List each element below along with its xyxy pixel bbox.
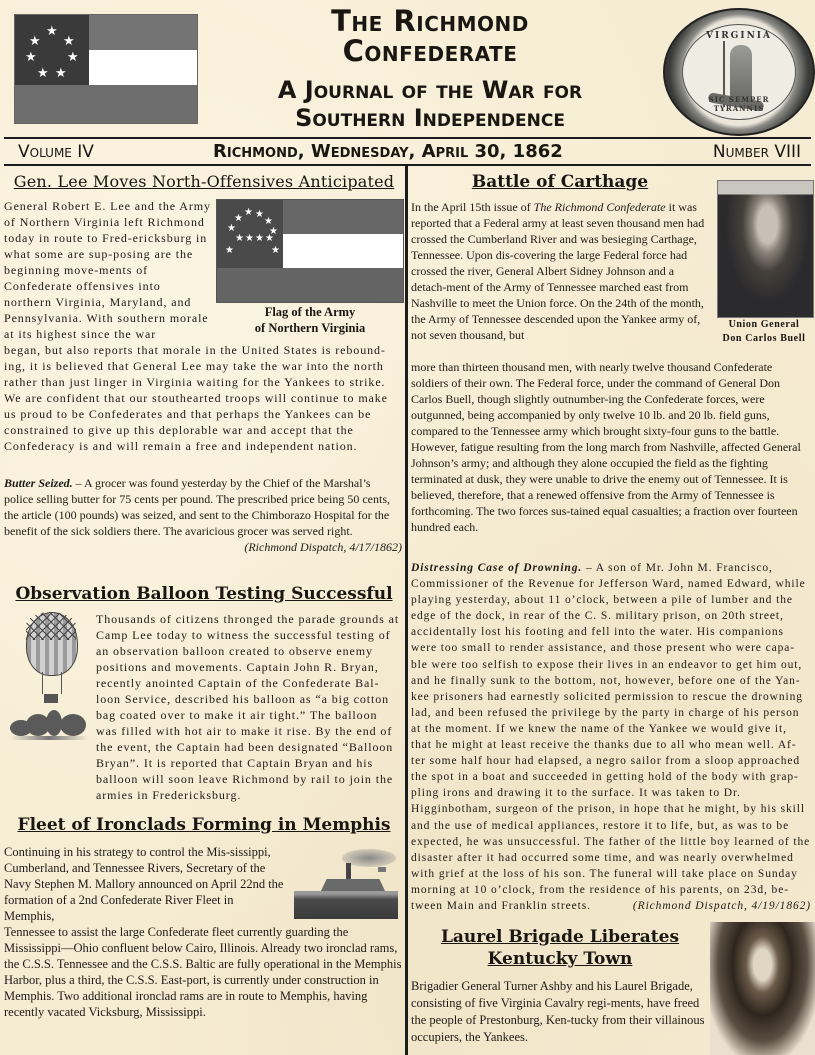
buell-caption-line2: Don Carlos Buell — [712, 332, 815, 346]
flag-bar-bottom — [15, 85, 197, 123]
carthage-paper-title: The Richmond Confederate — [534, 200, 666, 214]
ironclad-ship-icon — [290, 845, 402, 922]
carthage-text-prefix: In the April 15th issue of — [411, 200, 534, 214]
flag-bar-bottom — [217, 268, 403, 302]
carthage-article-text-top: In the April 15th issue of The Richmond … — [411, 199, 711, 343]
tree — [60, 714, 86, 736]
seal-top-text: VIRGINIA — [683, 31, 795, 41]
headline-fleet: Fleet of Ironclads Forming in Memphis — [10, 815, 398, 835]
star-icon: ★ — [235, 232, 244, 245]
star-icon: ★ — [245, 232, 254, 245]
buell-portrait — [717, 180, 814, 318]
headline-lee: Gen. Lee Moves North-Offensives Anticipa… — [6, 172, 402, 191]
ashby-portrait — [710, 922, 815, 1055]
flag-caption-line2: of Northern Virginia — [230, 320, 390, 336]
carthage-article-text-bottom: more than thirteen thousand men, with ne… — [411, 359, 811, 535]
headline-laurel: Laurel Brigade Liberates Kentucky Town — [410, 926, 710, 970]
ship-water — [294, 891, 398, 919]
star-icon: ★ — [234, 212, 243, 225]
drowning-lead: Distressing Case of Drowning. — [411, 562, 582, 574]
virginia-seal-icon: VIRGINIA SIC SEMPER TYRANNIS — [663, 8, 815, 136]
laurel-headline-line2: Kentucky Town — [410, 948, 710, 970]
headline-carthage: Battle of Carthage — [410, 172, 710, 192]
masthead-title: The Richmond Confederate A Journal of th… — [200, 6, 660, 132]
fleet-article-text-bottom: Tennessee to assist the large Confederat… — [4, 924, 402, 1020]
newspaper-subtitle-line1: A Journal of the War for — [200, 76, 660, 104]
lee-article-text-top: General Robert E. Lee and the Army of No… — [4, 198, 212, 342]
star-icon: ★ — [37, 67, 49, 80]
star-icon: ★ — [244, 206, 253, 219]
balloon-ropes — [42, 672, 62, 694]
laurel-headline-line1: Laurel Brigade Liberates — [410, 926, 710, 948]
flag-bar-middle — [89, 50, 197, 85]
buell-caption: Union General Don Carlos Buell — [712, 318, 815, 346]
ground — [10, 736, 88, 740]
volume-label: Volume IV — [18, 141, 94, 163]
balloon-article-text: Thousands of citizens thronged the parad… — [96, 611, 402, 803]
star-icon: ★ — [255, 208, 264, 221]
seal-inner: VIRGINIA SIC SEMPER TYRANNIS — [682, 24, 796, 120]
star-icon: ★ — [55, 67, 67, 80]
star-icon: ★ — [271, 244, 280, 257]
seal-motto: SIC SEMPER TYRANNIS — [683, 95, 795, 113]
drowning-text: – A son of Mr. John M. Francisco, Commis… — [411, 562, 810, 912]
star-icon: ★ — [29, 35, 41, 48]
star-icon: ★ — [46, 25, 58, 38]
place-date: Richmond, Wednesday, April 30, 1862 — [213, 141, 563, 163]
star-icon: ★ — [63, 35, 75, 48]
butter-lead: Butter Seized. — [4, 476, 73, 490]
laurel-article-text: Brigadier General Turner Ashby and his L… — [411, 978, 711, 1046]
flag-caption: Flag of the Army of Northern Virginia — [230, 304, 390, 336]
newspaper-title-line1: The Richmond — [200, 6, 660, 36]
butter-seized-article: Butter Seized. – A grocer was found yest… — [4, 475, 402, 555]
flag-caption-line1: Flag of the Army — [230, 304, 390, 320]
ship-smokestack — [346, 863, 351, 881]
flag-bar-middle — [283, 234, 403, 268]
newspaper-subtitle-line2: Southern Independence — [200, 104, 660, 132]
drowning-article: Distressing Case of Drowning. – A son of… — [411, 560, 811, 914]
balloon-net — [26, 612, 76, 640]
star-icon: ★ — [255, 232, 264, 245]
lee-article-text-bottom: began, but also reports that morale in t… — [4, 342, 402, 454]
star-icon: ★ — [67, 51, 79, 64]
flag-bar-top — [283, 200, 403, 234]
headline-balloon: Observation Balloon Testing Successful — [10, 584, 398, 604]
column-divider — [405, 166, 408, 1055]
flag-bar-top — [89, 15, 197, 50]
drowning-citation: (Richmond Dispatch, 4/19/1862) — [633, 898, 811, 914]
fleet-article-text-top: Continuing in his strategy to control th… — [4, 844, 286, 924]
ship-flag — [378, 867, 386, 872]
balloon-illustration-icon — [6, 610, 92, 755]
buell-caption-line1: Union General — [712, 318, 815, 332]
trees-icon — [6, 708, 92, 738]
balloon-basket — [44, 694, 58, 703]
seal-figure — [730, 45, 752, 101]
masthead-rule-top — [4, 137, 811, 139]
issue-number: Number VIII — [713, 141, 801, 163]
army-northern-virginia-flag-icon: ★ ★ ★ ★ ★ ★ ★ ★ ★ ★ ★ ★ — [216, 199, 404, 303]
carthage-text-rest: it was reported that a Federal army at l… — [411, 200, 704, 342]
dateline: Volume IV Richmond, Wednesday, April 30,… — [0, 141, 815, 163]
star-icon: ★ — [25, 51, 37, 64]
star-icon: ★ — [225, 244, 234, 257]
butter-citation: (Richmond Dispatch, 4/17/1862) — [4, 539, 402, 555]
newspaper-title-line2: Confederate — [200, 36, 660, 66]
confederate-flag-icon: ★ ★ ★ ★ ★ ★ ★ — [14, 14, 198, 124]
